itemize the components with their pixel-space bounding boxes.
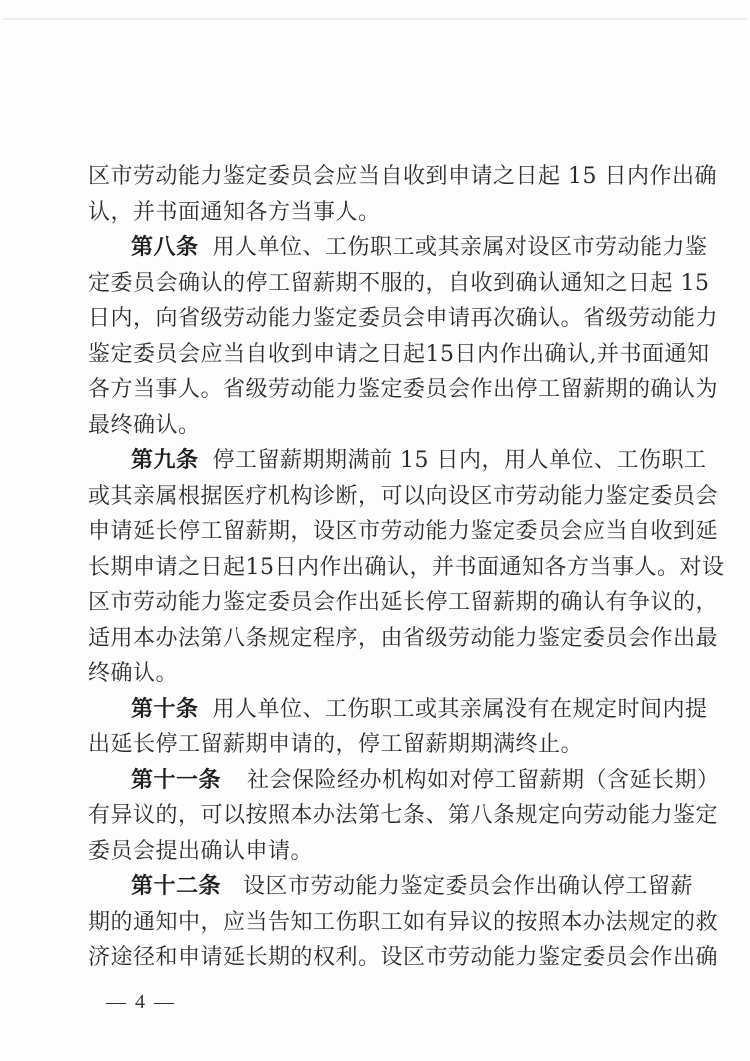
paragraph-article-12: 第十二条设区市劳动能力鉴定委员会作出确认停工留薪 期的通知中，应当告知工伤职工如… xyxy=(88,869,651,976)
text-line: 长期申请之日起15日内作出确认，并书面通知各方当事人。对设 xyxy=(88,550,651,586)
text-line: 或其亲属根据医疗机构诊断，可以向设区市劳动能力鉴定委员会 xyxy=(88,479,651,515)
article-heading: 第十一条 xyxy=(131,768,221,793)
article-heading: 第十条 xyxy=(131,697,199,722)
text-line: 鉴定委员会应当自收到申请之日起15日内作出确认,并书面通知 xyxy=(88,337,651,373)
text-line: 定委员会确认的停工留薪期不服的，自收到确认通知之日起 15 xyxy=(88,266,651,302)
text-span: 用人单位、工伤职工或其亲属没有在规定时间内提 xyxy=(213,697,708,722)
article-heading: 第八条 xyxy=(131,235,199,260)
text-span: 社会保险经办机构如对停工留薪期（含延长期） xyxy=(247,768,720,793)
text-line: 区市劳动能力鉴定委员会应当自收到申请之日起 15 日内作出确 xyxy=(88,159,651,195)
paragraph-article-10: 第十条用人单位、工伤职工或其亲属没有在规定时间内提 出延长停工留薪期申请的，停工… xyxy=(88,692,651,763)
text-line: 区市劳动能力鉴定委员会作出延长停工留薪期的确认有争议的， xyxy=(88,585,651,621)
article-heading: 第九条 xyxy=(131,448,199,473)
text-line: 最终确认。 xyxy=(88,408,651,444)
scan-edge-line xyxy=(3,18,747,20)
paragraph-article-7-continuation: 区市劳动能力鉴定委员会应当自收到申请之日起 15 日内作出确 认，并书面通知各方… xyxy=(88,159,651,230)
text-line: 第十条用人单位、工伤职工或其亲属没有在规定时间内提 xyxy=(88,692,651,728)
page-number: — 4 — xyxy=(106,990,176,1014)
text-line: 第十一条社会保险经办机构如对停工留薪期（含延长期） xyxy=(88,763,651,799)
text-line: 出延长停工留薪期申请的，停工留薪期期满终止。 xyxy=(88,727,651,763)
text-line: 有异议的，可以按照本办法第七条、第八条规定向劳动能力鉴定 xyxy=(88,798,651,834)
text-line: 终确认。 xyxy=(88,656,651,692)
paragraph-article-11: 第十一条社会保险经办机构如对停工留薪期（含延长期） 有异议的，可以按照本办法第七… xyxy=(88,763,651,870)
text-line: 济途径和申请延长期的权利。设区市劳动能力鉴定委员会作出确 xyxy=(88,940,651,976)
text-line: 第九条停工留薪期期满前 15 日内，用人单位、工伤职工 xyxy=(88,443,651,479)
text-line: 委员会提出确认申请。 xyxy=(88,834,651,870)
text-span: 用人单位、工伤职工或其亲属对设区市劳动能力鉴 xyxy=(213,235,708,260)
text-line: 申请延长停工留薪期，设区市劳动能力鉴定委员会应当自收到延 xyxy=(88,514,651,550)
text-line: 日内，向省级劳动能力鉴定委员会申请再次确认。省级劳动能力 xyxy=(88,301,651,337)
text-line: 适用本办法第八条规定程序，由省级劳动能力鉴定委员会作出最 xyxy=(88,621,651,657)
text-span: 停工留薪期期满前 15 日内，用人单位、工伤职工 xyxy=(213,448,707,473)
text-line: 各方当事人。省级劳动能力鉴定委员会作出停工留薪期的确认为 xyxy=(88,372,651,408)
paragraph-article-8: 第八条用人单位、工伤职工或其亲属对设区市劳动能力鉴 定委员会确认的停工留薪期不服… xyxy=(88,230,651,443)
text-span: 设区市劳动能力鉴定委员会作出确认停工留薪 xyxy=(243,874,693,899)
text-line: 认，并书面通知各方当事人。 xyxy=(88,195,651,231)
text-line: 第八条用人单位、工伤职工或其亲属对设区市劳动能力鉴 xyxy=(88,230,651,266)
text-line: 期的通知中，应当告知工伤职工如有异议的按照本办法规定的救 xyxy=(88,905,651,941)
article-heading: 第十二条 xyxy=(131,874,221,899)
text-line: 第十二条设区市劳动能力鉴定委员会作出确认停工留薪 xyxy=(88,869,651,905)
paragraph-article-9: 第九条停工留薪期期满前 15 日内，用人单位、工伤职工 或其亲属根据医疗机构诊断… xyxy=(88,443,651,692)
document-body: 区市劳动能力鉴定委员会应当自收到申请之日起 15 日内作出确 认，并书面通知各方… xyxy=(88,159,651,976)
